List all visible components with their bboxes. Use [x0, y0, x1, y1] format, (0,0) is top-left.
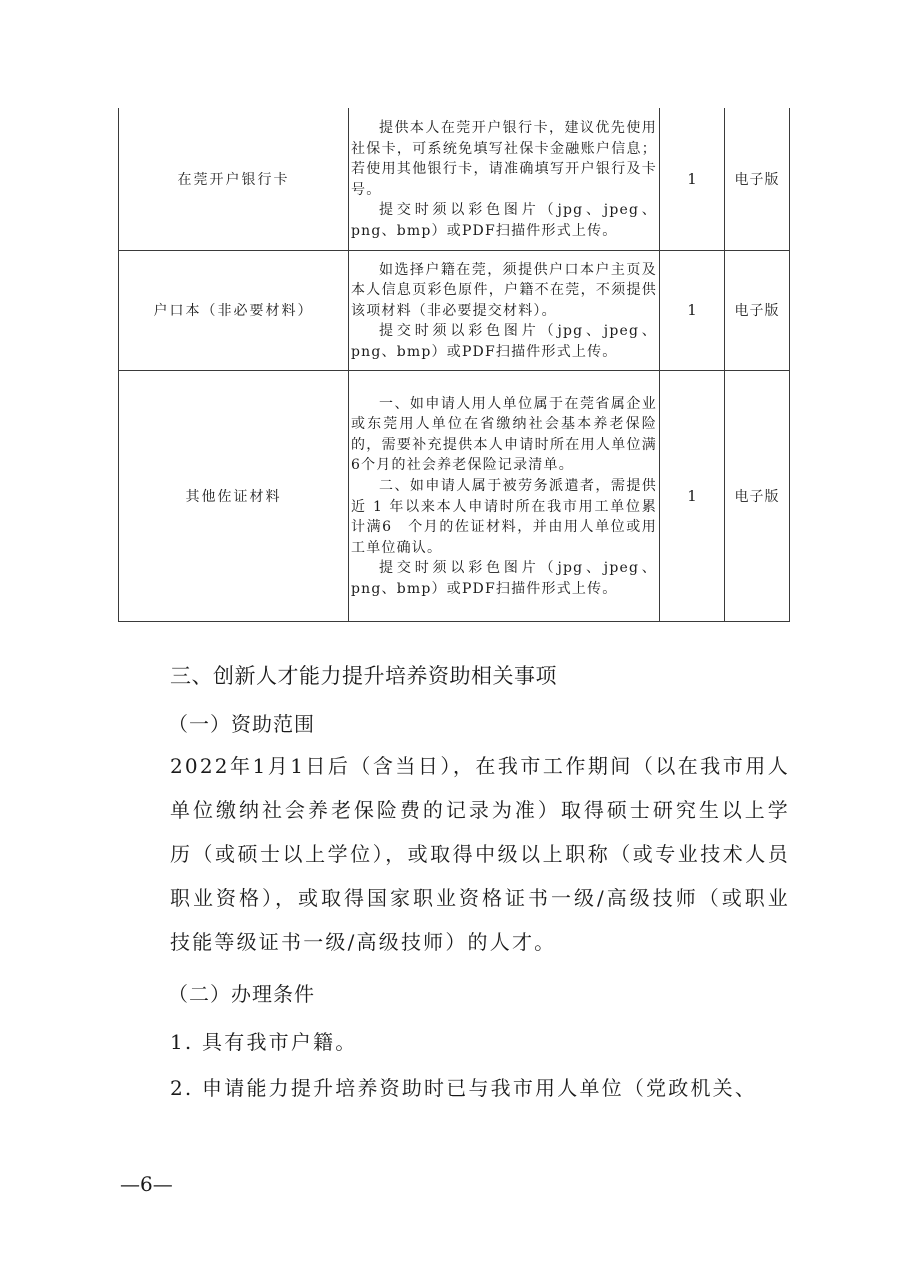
- material-name: 户口本（非必要材料）: [119, 250, 349, 370]
- material-format: 电子版: [725, 370, 790, 621]
- table-row: 在莞开户银行卡 提供本人在莞开户银行卡，建议优先使用社保卡，可系统免填写社保卡金…: [119, 108, 790, 250]
- material-count: 1: [660, 108, 725, 250]
- material-requirements: 如选择户籍在莞，须提供户口本户主页及本人信息页彩色原件，户籍不在莞，不须提供该项…: [349, 250, 660, 370]
- page-number: —6—: [120, 1172, 173, 1196]
- scope-paragraph: 2022年1月1日后（含当日），在我市工作期间（以在我市用人单位缴纳社会养老保险…: [118, 744, 790, 964]
- material-requirements: 一、如申请人用人单位属于在莞省属企业或东莞用人单位在省缴纳社会基本养老保险的，需…: [349, 370, 660, 621]
- condition-item-2: 2. 申请能力提升培养资助时已与我市用人单位（党政机关、: [170, 1072, 757, 1101]
- material-requirements: 提供本人在莞开户银行卡，建议优先使用社保卡，可系统免填写社保卡金融账户信息；若使…: [349, 108, 660, 250]
- material-count: 1: [660, 250, 725, 370]
- material-count: 1: [660, 370, 725, 621]
- material-format: 电子版: [725, 250, 790, 370]
- subsection-heading-conditions: （二）办理条件: [168, 978, 315, 1007]
- materials-table: 在莞开户银行卡 提供本人在莞开户银行卡，建议优先使用社保卡，可系统免填写社保卡金…: [118, 108, 790, 622]
- subsection-heading-scope: （一）资助范围: [168, 708, 315, 737]
- material-name: 在莞开户银行卡: [119, 108, 349, 250]
- condition-item-1: 1. 具有我市户籍。: [170, 1026, 357, 1055]
- table-row: 户口本（非必要材料） 如选择户籍在莞，须提供户口本户主页及本人信息页彩色原件，户…: [119, 250, 790, 370]
- section-heading: 三、创新人才能力提升培养资助相关事项: [170, 660, 557, 690]
- table-row: 其他佐证材料 一、如申请人用人单位属于在莞省属企业或东莞用人单位在省缴纳社会基本…: [119, 370, 790, 621]
- material-format: 电子版: [725, 108, 790, 250]
- material-name: 其他佐证材料: [119, 370, 349, 621]
